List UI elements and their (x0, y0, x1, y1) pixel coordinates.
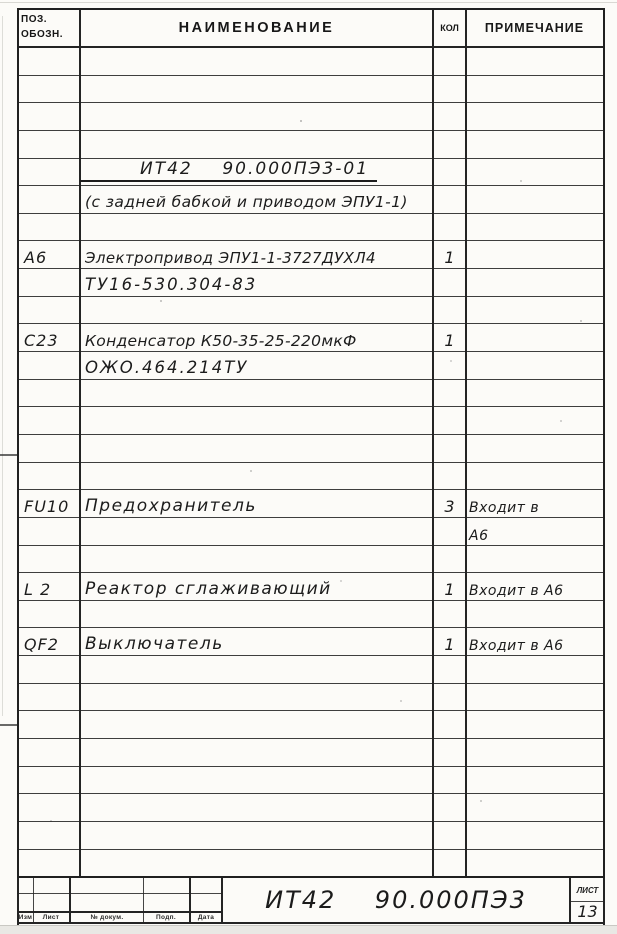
pos-designation-cell: L 2 (19, 573, 80, 600)
item-note (466, 625, 469, 627)
item-note (466, 487, 469, 489)
item-note (466, 736, 469, 738)
fold-mark (0, 724, 17, 726)
table-row (19, 214, 603, 242)
table-row (19, 546, 603, 574)
qty-cell (433, 794, 466, 821)
footer-label-dokum: № докум. (71, 912, 143, 922)
pos-designation-cell: FU10 (19, 490, 80, 517)
item-note (466, 266, 469, 268)
note-cell (466, 794, 603, 821)
sheet-label-cell: ЛИСТ (570, 879, 605, 901)
item-name (80, 570, 85, 572)
qty-cell (433, 711, 466, 738)
item-note (466, 404, 469, 406)
pos-designation (19, 377, 24, 379)
item-note (466, 377, 469, 379)
name-cell (80, 518, 433, 545)
pos-designation-cell (19, 601, 80, 628)
item-qty: 1 (444, 333, 454, 351)
pos-designation: С23 (19, 333, 59, 351)
item-name: ОЖО.464.214ТУ (80, 360, 248, 379)
item-note (466, 708, 469, 710)
pos-designation (19, 819, 24, 821)
name-cell: (с задней бабкой и приводом ЭПУ1-1) (80, 186, 433, 213)
item-note: Входит в А6 (466, 584, 564, 600)
qty-cell (433, 186, 466, 213)
name-cell: Реактор сглаживающий (80, 573, 433, 600)
note-cell (466, 48, 603, 75)
item-note (466, 681, 469, 683)
qty-cell (433, 684, 466, 711)
item-name (80, 847, 85, 849)
pos-designation (19, 156, 24, 158)
name-cell: Предохранитель (80, 490, 433, 517)
pos-designation-cell (19, 269, 80, 296)
item-note (466, 349, 469, 351)
item-note (466, 156, 469, 158)
item-qty: 1 (444, 637, 454, 655)
pos-designation (19, 570, 24, 572)
qty-cell (433, 822, 466, 849)
note-cell (466, 601, 603, 628)
name-cell: Электропривод ЭПУ1-1-3727ДУХЛ4 (80, 241, 433, 268)
qty-cell (433, 352, 466, 379)
note-cell (466, 352, 603, 379)
document-number-cell: ИТ42 90.000ПЭ3 (222, 878, 570, 922)
parts-table-body: ИТ42 90.000ПЭ3-01 (с задней бабкой и при… (19, 48, 603, 876)
note-cell (466, 297, 603, 324)
qty-cell (433, 435, 466, 462)
qty-cell (433, 380, 466, 407)
pos-designation (19, 183, 24, 185)
pos-designation (19, 625, 24, 627)
item-note (466, 847, 469, 849)
name-cell: ТУ16-530.304-83 (80, 269, 433, 296)
pos-designation (19, 294, 24, 296)
pos-designation-cell (19, 794, 80, 821)
table-row: L 2 Реактор сглаживающий 1 Входит в А6 (19, 573, 603, 601)
note-cell: А6 (466, 518, 603, 545)
table-row (19, 435, 603, 463)
pos-designation (19, 321, 24, 323)
qty-cell (433, 76, 466, 103)
table-row (19, 739, 603, 767)
item-name (80, 73, 85, 75)
pos-designation-cell (19, 48, 80, 75)
note-cell (466, 76, 603, 103)
pos-designation-cell (19, 711, 80, 738)
pos-designation (19, 73, 24, 75)
name-cell (80, 463, 433, 490)
qty-cell (433, 601, 466, 628)
note-cell (466, 159, 603, 186)
name-cell (80, 214, 433, 241)
item-note: А6 (466, 529, 488, 545)
table-row: ТУ16-530.304-83 (19, 269, 603, 297)
pos-designation: L 2 (19, 582, 51, 600)
item-name: ИТ42 90.000ПЭ3-01 (80, 161, 377, 182)
pos-designation-cell (19, 739, 80, 766)
table-row (19, 131, 603, 159)
table-row (19, 407, 603, 435)
item-name (80, 404, 85, 406)
pos-designation (19, 764, 24, 766)
scan-edge-top (0, 2, 617, 3)
note-cell (466, 324, 603, 351)
pos-designation-cell (19, 822, 80, 849)
footer-label-list: Лист (33, 912, 69, 922)
note-cell (466, 546, 603, 573)
pos-designation-cell (19, 518, 80, 545)
note-cell (466, 711, 603, 738)
note-cell (466, 131, 603, 158)
pos-designation (19, 238, 24, 240)
item-note: Входит в (466, 501, 539, 517)
table-row: А6 (19, 518, 603, 546)
title-block-row-line (17, 893, 222, 894)
qty-cell: 1 (433, 241, 466, 268)
sheet-number-cell: 13 (570, 901, 605, 922)
item-note (466, 100, 469, 102)
item-note: Входит в А6 (466, 639, 564, 655)
table-row (19, 463, 603, 491)
item-name: ТУ16-530.304-83 (80, 277, 257, 296)
item-note (466, 570, 469, 572)
pos-designation-cell (19, 656, 80, 683)
table-row (19, 601, 603, 629)
pos-designation-cell (19, 435, 80, 462)
item-name (80, 736, 85, 738)
name-cell (80, 435, 433, 462)
note-cell (466, 380, 603, 407)
qty-cell (433, 103, 466, 130)
pos-designation (19, 211, 24, 213)
qty-cell: 1 (433, 628, 466, 655)
qty-cell (433, 739, 466, 766)
pos-designation-cell (19, 159, 80, 186)
qty-cell (433, 159, 466, 186)
title-block-bottom-line (17, 922, 605, 924)
qty-cell: 1 (433, 324, 466, 351)
qty-cell (433, 546, 466, 573)
name-cell (80, 297, 433, 324)
footer-label-data: Дата (191, 912, 221, 922)
column-header-qty: КОЛ (433, 10, 466, 46)
item-note (466, 73, 469, 75)
item-name: Предохранитель (80, 498, 257, 517)
pos-designation (19, 543, 24, 545)
item-note (466, 460, 469, 462)
pos-header-line2: ОБОЗН. (21, 27, 63, 42)
qty-cell (433, 518, 466, 545)
column-header-name: НАИМЕНОВАНИЕ (80, 10, 433, 46)
name-cell: ОЖО.464.214ТУ (80, 352, 433, 379)
item-name (80, 791, 85, 793)
footer-label-podp: Подп. (143, 912, 189, 922)
item-name (80, 238, 85, 240)
item-name (80, 156, 85, 158)
name-cell: Выключатель (80, 628, 433, 655)
qty-cell (433, 656, 466, 683)
pos-designation: QF2 (19, 637, 59, 655)
pos-designation-cell: С23 (19, 324, 80, 351)
name-cell (80, 407, 433, 434)
name-cell (80, 767, 433, 794)
table-row (19, 380, 603, 408)
item-name: Выключатель (80, 636, 224, 655)
item-name: (с задней бабкой и приводом ЭПУ1-1) (80, 195, 408, 213)
table-row (19, 822, 603, 850)
table-row (19, 711, 603, 739)
table-row (19, 850, 603, 877)
note-cell (466, 269, 603, 296)
note-cell: Входит в А6 (466, 628, 603, 655)
name-cell (80, 103, 433, 130)
name-cell (80, 822, 433, 849)
table-row (19, 297, 603, 325)
item-qty: 3 (444, 499, 454, 517)
scan-edge-bottom-strip (0, 925, 617, 934)
item-name (80, 321, 85, 323)
document-number: ИТ42 90.000ПЭ3 (265, 886, 527, 914)
item-name (80, 487, 85, 489)
footer-label-izm: Изм (18, 912, 33, 922)
pos-designation-cell: А6 (19, 241, 80, 268)
qty-cell (433, 214, 466, 241)
name-cell (80, 601, 433, 628)
sheet-number: 13 (577, 902, 597, 921)
name-cell (80, 794, 433, 821)
table-row (19, 656, 603, 684)
item-note (466, 791, 469, 793)
pos-designation-cell (19, 463, 80, 490)
item-note (466, 819, 469, 821)
pos-designation-cell (19, 850, 80, 877)
note-cell (466, 822, 603, 849)
table-row (19, 76, 603, 104)
table-row: (с задней бабкой и приводом ЭПУ1-1) (19, 186, 603, 214)
name-cell (80, 656, 433, 683)
pos-designation-cell: QF2 (19, 628, 80, 655)
qty-cell (433, 407, 466, 434)
table-row: FU10 Предохранитель 3 Входит в (19, 490, 603, 518)
item-note (466, 294, 469, 296)
table-row (19, 48, 603, 76)
note-cell (466, 850, 603, 877)
pos-designation-cell (19, 684, 80, 711)
pos-designation-cell (19, 131, 80, 158)
pos-designation (19, 128, 24, 130)
item-name (80, 708, 85, 710)
pos-designation: А6 (19, 250, 47, 268)
pos-designation (19, 874, 24, 876)
item-name (80, 460, 85, 462)
name-cell (80, 711, 433, 738)
item-name (80, 432, 85, 434)
item-note (466, 183, 469, 185)
pos-designation (19, 681, 24, 683)
note-cell (466, 684, 603, 711)
item-name: Реактор сглаживающий (80, 581, 332, 600)
note-cell (466, 656, 603, 683)
item-name (80, 681, 85, 683)
name-cell: ИТ42 90.000ПЭ3-01 (80, 159, 433, 186)
name-cell (80, 739, 433, 766)
pos-designation (19, 487, 24, 489)
table-row: С23 Конденсатор К50-35-25-220мкФ 1 (19, 324, 603, 352)
name-cell (80, 684, 433, 711)
table-row (19, 684, 603, 712)
item-qty: 1 (444, 250, 454, 268)
item-name (80, 819, 85, 821)
item-note (466, 432, 469, 434)
qty-cell (433, 131, 466, 158)
qty-cell (433, 48, 466, 75)
pos-designation (19, 847, 24, 849)
table-row (19, 794, 603, 822)
pos-designation (19, 791, 24, 793)
pos-designation-cell (19, 352, 80, 379)
item-name (80, 100, 85, 102)
note-cell (466, 241, 603, 268)
table-row: ИТ42 90.000ПЭ3-01 (19, 159, 603, 187)
item-name (80, 543, 85, 545)
item-name (80, 128, 85, 130)
fold-mark (0, 454, 17, 456)
qty-cell (433, 850, 466, 877)
note-cell (466, 103, 603, 130)
note-cell (466, 186, 603, 213)
note-cell (466, 435, 603, 462)
table-row: QF2 Выключатель 1 Входит в А6 (19, 628, 603, 656)
pos-designation-cell (19, 767, 80, 794)
table-row (19, 103, 603, 131)
pos-designation-cell (19, 380, 80, 407)
pos-designation-cell (19, 103, 80, 130)
note-cell (466, 739, 603, 766)
item-name: Конденсатор К50-35-25-220мкФ (80, 334, 357, 352)
note-cell: Входит в (466, 490, 603, 517)
item-note (466, 321, 469, 323)
pos-designation-cell (19, 546, 80, 573)
name-cell (80, 380, 433, 407)
item-name (80, 625, 85, 627)
name-cell: Конденсатор К50-35-25-220мкФ (80, 324, 433, 351)
pos-designation (19, 404, 24, 406)
note-cell: Входит в А6 (466, 573, 603, 600)
pos-designation: FU10 (19, 499, 69, 517)
scan-edge-left (2, 16, 3, 716)
pos-designation (19, 432, 24, 434)
pos-designation (19, 736, 24, 738)
table-row: ОЖО.464.214ТУ (19, 352, 603, 380)
pos-designation (19, 460, 24, 462)
scanned-document-page: ПОЗ. ОБОЗН. НАИМЕНОВАНИЕ КОЛ ПРИМЕЧАНИЕ (0, 0, 617, 934)
name-cell (80, 48, 433, 75)
note-cell (466, 463, 603, 490)
pos-designation (19, 100, 24, 102)
item-name (80, 874, 85, 876)
note-cell (466, 214, 603, 241)
item-name: Электропривод ЭПУ1-1-3727ДУХЛ4 (80, 251, 376, 268)
pos-header-line1: ПОЗ. (21, 12, 47, 27)
name-cell (80, 76, 433, 103)
pos-designation (19, 708, 24, 710)
name-cell (80, 131, 433, 158)
name-cell (80, 546, 433, 573)
pos-designation-cell (19, 76, 80, 103)
pos-designation-cell (19, 297, 80, 324)
item-note (466, 238, 469, 240)
item-note (466, 764, 469, 766)
item-qty: 1 (444, 582, 454, 600)
note-cell (466, 767, 603, 794)
column-header-pos: ПОЗ. ОБОЗН. (21, 12, 77, 46)
qty-cell (433, 269, 466, 296)
qty-cell (433, 463, 466, 490)
item-note (466, 211, 469, 213)
item-note (466, 128, 469, 130)
pos-designation-cell (19, 407, 80, 434)
pos-designation-cell (19, 214, 80, 241)
name-cell (80, 850, 433, 877)
item-name (80, 764, 85, 766)
qty-cell: 1 (433, 573, 466, 600)
qty-cell (433, 297, 466, 324)
table-row (19, 767, 603, 795)
column-header-note: ПРИМЕЧАНИЕ (466, 10, 603, 46)
qty-cell (433, 767, 466, 794)
note-cell (466, 407, 603, 434)
table-row: А6 Электропривод ЭПУ1-1-3727ДУХЛ4 1 (19, 241, 603, 269)
qty-cell: 3 (433, 490, 466, 517)
item-note (466, 874, 469, 876)
pos-designation-cell (19, 186, 80, 213)
